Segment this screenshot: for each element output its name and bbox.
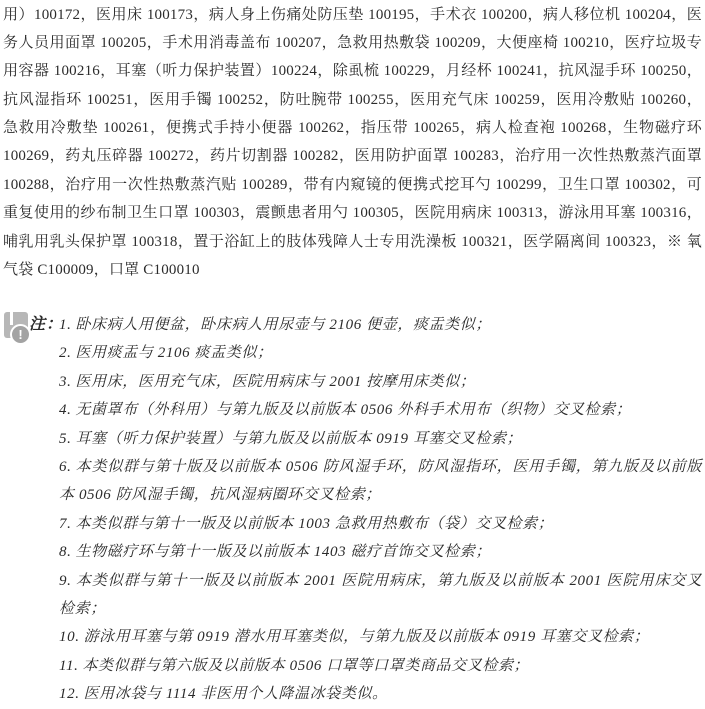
note-item-line: 10.游泳用耳塞与第 0919 潜水用耳塞类似，与第九版及以前版本 0919 耳… [0, 623, 705, 651]
note-item-line: 1.卧床病人用便盆，卧床病人用尿壶与 2106 便壶，痰盂类似； [0, 311, 705, 339]
note-number: 5. [59, 431, 75, 447]
goods-paragraph-line: 100269，药丸压碎器 100272，药片切割器 100282，医用防护面罩 … [3, 142, 702, 170]
note-continuation-line: 检索； [0, 595, 705, 623]
note-number: 12. [59, 686, 84, 702]
note-number: 3. [59, 374, 75, 390]
goods-paragraph-line: 哺乳用乳头保护罩 100318，置于浴缸上的肢体残障人士专用洗澡板 100321… [3, 228, 702, 256]
document-page: { "page": { "background": "#ffffff", "te… [0, 0, 705, 709]
note-item-line: 11.本类似群与第六版及以前版本 0506 口罩等口罩类商品交叉检索； [0, 652, 705, 680]
note-item-line: 2.医用痰盂与 2106 痰盂类似； [0, 339, 705, 367]
goods-paragraph-line: 急救用冷敷垫 100261，便携式手持小便器 100262，指压带 100265… [3, 114, 702, 142]
goods-paragraph-line: 100288，治疗用一次性热敷蒸汽贴 100289，带有内窥镜的便携式挖耳勺 1… [3, 171, 702, 199]
note-item-line: 7.本类似群与第十一版及以前版本 1003 急救用热敷布（袋）交叉检索； [0, 510, 705, 538]
goods-paragraph-line: 重复使用的纱布制卫生口罩 100303，震颤患者用勺 100305，医院用病床 … [3, 199, 702, 227]
note-number: 4. [59, 402, 75, 418]
note-item-line: 6.本类似群与第十版及以前版本 0506 防风湿手环，防风湿指环，医用手镯，第九… [0, 453, 705, 481]
goods-paragraph-line: 抗风湿指环 100251，医用手镯 100252，防吐腕带 100255，医用充… [3, 86, 702, 114]
note-item-line: 4.无菌罩布（外科用）与第九版及以前版本 0506 外科手术用布（织物）交叉检索… [0, 396, 705, 424]
note-continuation-line: 本 0506 防风湿手镯，抗风湿病圈环交叉检索； [0, 481, 705, 509]
note-number: 8. [59, 544, 75, 560]
note-item-line: 12.医用冰袋与 1114 非医用个人降温冰袋类似。 [0, 680, 705, 708]
note-item-line: 3.医用床，医用充气床，医院用病床与 2001 按摩用床类似； [0, 368, 705, 396]
note-item-line: 9.本类似群与第十一版及以前版本 2001 医院用病床，第九版及以前版本 200… [0, 567, 705, 595]
note-number: 1. [59, 317, 75, 333]
note-number: 2. [59, 345, 75, 361]
note-number: 7. [59, 516, 75, 532]
note-item-line: 5.耳塞（听力保护装置）与第九版及以前版本 0919 耳塞交叉检索； [0, 425, 705, 453]
goods-paragraph-line: 务人员用面罩 100205，手术用消毒盖布 100207，急救用热敷袋 1002… [3, 29, 702, 57]
note-number: 9. [59, 573, 75, 589]
note-item-line: 8.生物磁疗环与第十一版及以前版本 1403 磁疗首饰交叉检索； [0, 538, 705, 566]
goods-paragraph-line: 用）100172，医用床 100173，病人身上伤痛处防压垫 100195，手术… [3, 1, 702, 29]
note-number: 10. [59, 629, 84, 645]
goods-list-paragraph: 用）100172，医用床 100173，病人身上伤痛处防压垫 100195，手术… [3, 1, 702, 285]
goods-paragraph-line: 气袋 C100009，口罩 C100010 [3, 256, 702, 284]
goods-paragraph-line: 用容器 100216，耳塞（听力保护装置）100224，除虱梳 100229，月… [3, 57, 702, 85]
note-number: 11. [59, 658, 82, 674]
note-number: 6. [59, 459, 75, 475]
notes-section: ! 注： 1.卧床病人用便盆，卧床病人用尿壶与 2106 便壶，痰盂类似；2.医… [0, 311, 705, 709]
notes-list: 1.卧床病人用便盆，卧床病人用尿壶与 2106 便壶，痰盂类似；2.医用痰盂与 … [0, 311, 705, 708]
